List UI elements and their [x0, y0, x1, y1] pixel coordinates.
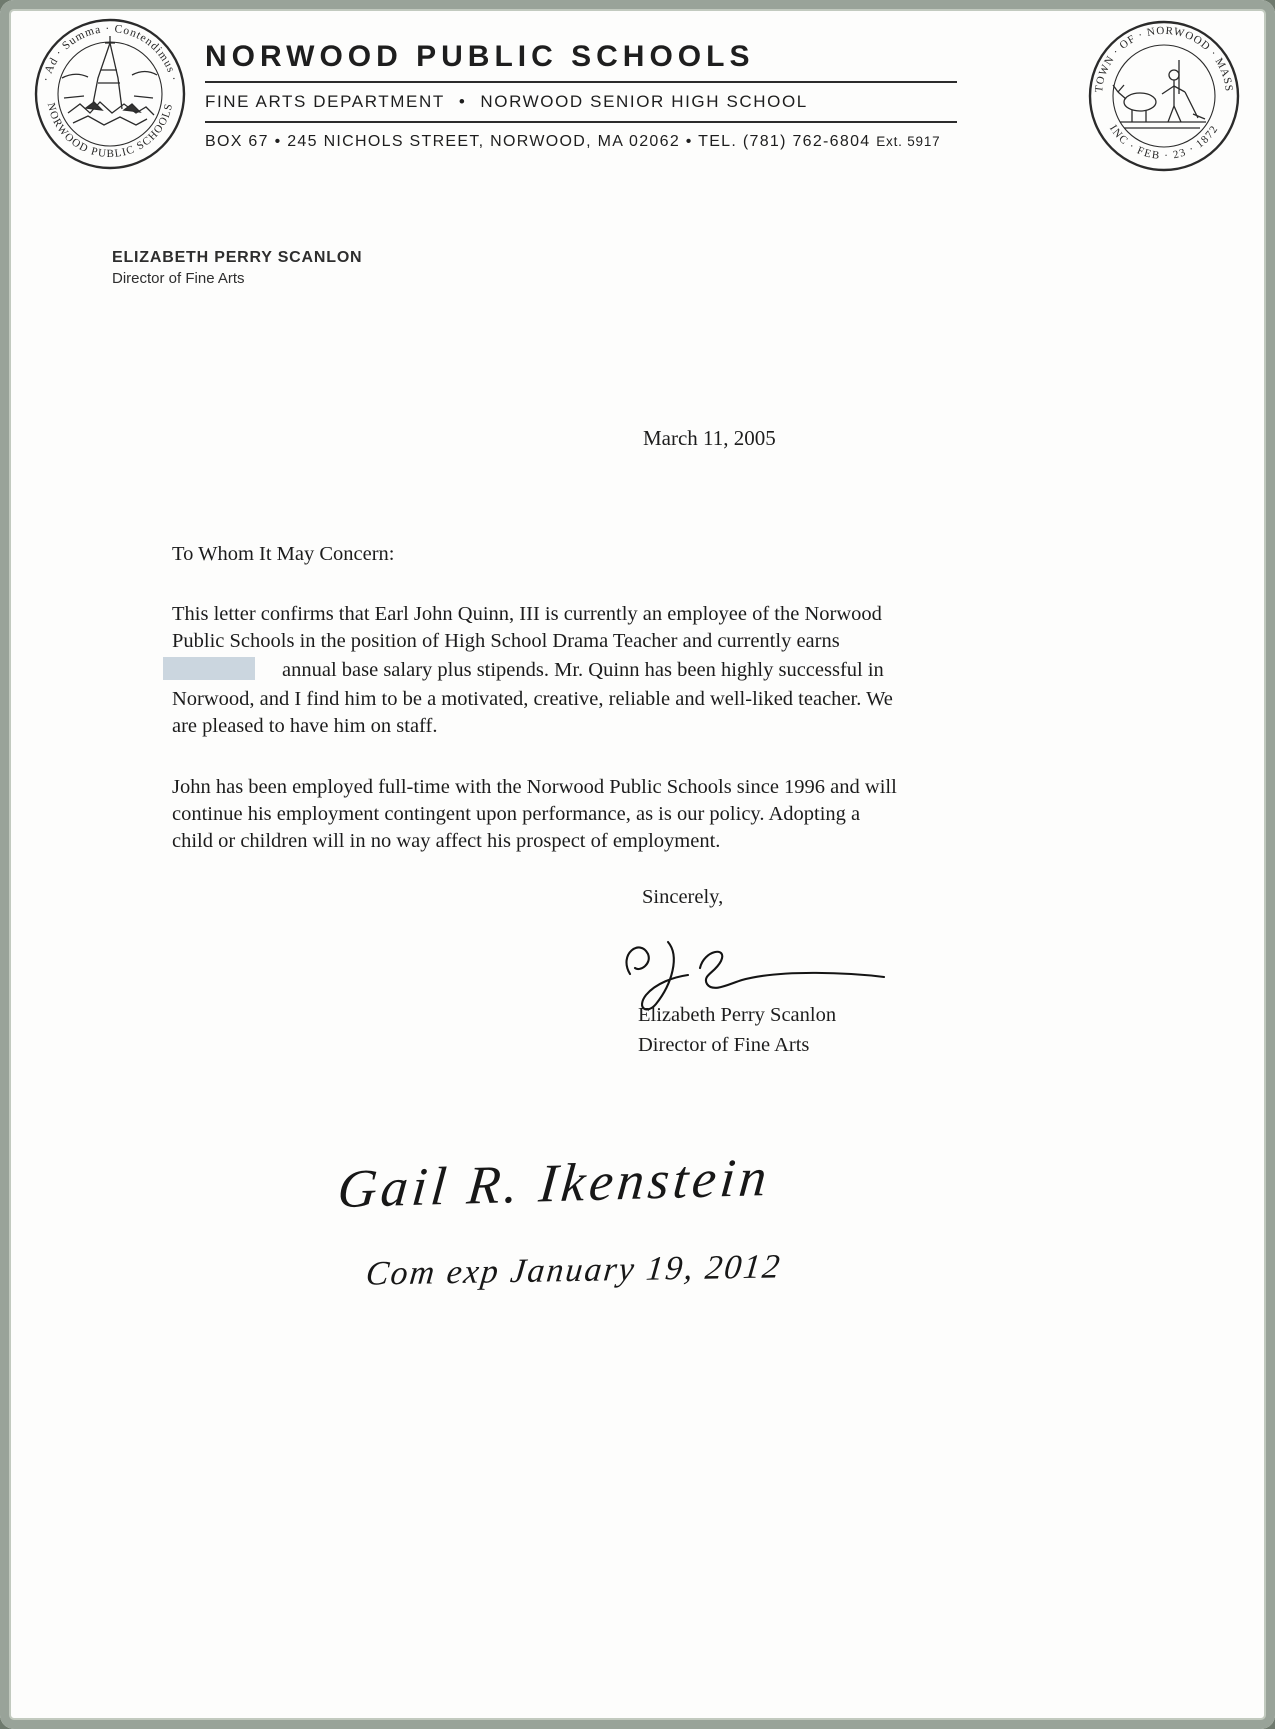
body-line: Norwood, and I find him to be a motivate… [172, 688, 893, 711]
signer-title: Director of Fine Arts [638, 1034, 809, 1057]
body-line: are pleased to have him on staff. [172, 715, 437, 738]
valediction: Sincerely, [642, 886, 723, 909]
signer-name: Elizabeth Perry Scanlon [638, 1004, 836, 1027]
salutation: To Whom It May Concern: [172, 543, 395, 566]
letterhead-rule-bottom [205, 121, 957, 123]
school-seal-icon: · Ad · Summa · Contendimus · NORWOOD PUB… [28, 12, 192, 176]
body-line: annual base salary plus stipends. Mr. Qu… [282, 659, 884, 681]
town-seal-icon: ·· TOWN · OF · NORWOOD · MASS ·· INC · F… [1082, 14, 1246, 178]
svg-text:INC · FEB · 23 · 1872: INC · FEB · 23 · 1872 [1107, 123, 1221, 162]
notary-signature: Gail R. Ikenstein [335, 1146, 773, 1220]
town-of-norwood-seal: ·· TOWN · OF · NORWOOD · MASS ·· INC · F… [1082, 14, 1246, 183]
redacted-salary-box [163, 657, 255, 680]
school-name-heading: NORWOOD PUBLIC SCHOOLS [205, 40, 957, 74]
seal-inc-text: INC · FEB · 23 · 1872 [1107, 123, 1221, 162]
svg-text:·· TOWN · OF · NORWOOD · MASS: ·· TOWN · OF · NORWOOD · MASS ·· [1082, 14, 1235, 96]
svg-text:· Ad · Summa · Contendimus ·: · Ad · Summa · Contendimus · [40, 23, 179, 83]
seal-motto-text: · Ad · Summa · Contendimus · [40, 23, 179, 83]
date-line: March 11, 2005 [643, 426, 776, 451]
body-line: Public Schools in the position of High S… [172, 630, 840, 653]
sender-title: Director of Fine Arts [112, 270, 362, 287]
address-line: BOX 67 • 245 NICHOLS STREET, NORWOOD, MA… [205, 133, 957, 151]
phone-extension: Ext. 5917 [876, 134, 940, 149]
address-text: BOX 67 • 245 NICHOLS STREET, NORWOOD, MA… [205, 133, 870, 150]
letterhead: NORWOOD PUBLIC SCHOOLS FINE ARTS DEPARTM… [205, 40, 957, 151]
department-line: FINE ARTS DEPARTMENT•NORWOOD SENIOR HIGH… [205, 92, 957, 112]
body-line: This letter confirms that Earl John Quin… [172, 603, 882, 626]
seal-town-text: ·· TOWN · OF · NORWOOD · MASS ·· [1082, 14, 1235, 96]
body-line: John has been employed full-time with th… [172, 776, 897, 799]
norwood-public-schools-seal: · Ad · Summa · Contendimus · NORWOOD PUB… [28, 12, 192, 181]
lighthouse-drawing-icon [62, 36, 157, 125]
letterhead-rule-top [205, 81, 957, 83]
notary-commission-expiry: Com exp January 19, 2012 [364, 1248, 783, 1293]
body-line-with-redaction: annual base salary plus stipends. Mr. Qu… [163, 657, 884, 682]
scanned-letter-page: · Ad · Summa · Contendimus · NORWOOD PUB… [0, 0, 1275, 1729]
bullet-separator: • [445, 92, 481, 111]
body-line: continue his employment contingent upon … [172, 803, 860, 826]
sender-name: ELIZABETH PERRY SCANLON [112, 249, 362, 267]
scanlon-signature-icon [612, 922, 912, 1017]
high-school-name: NORWOOD SENIOR HIGH SCHOOL [480, 92, 807, 111]
body-line: child or children will in no way affect … [172, 830, 720, 853]
sender-block: ELIZABETH PERRY SCANLON Director of Fine… [112, 249, 362, 287]
department-name: FINE ARTS DEPARTMENT [205, 92, 445, 111]
farmer-plow-drawing-icon [1113, 60, 1206, 128]
